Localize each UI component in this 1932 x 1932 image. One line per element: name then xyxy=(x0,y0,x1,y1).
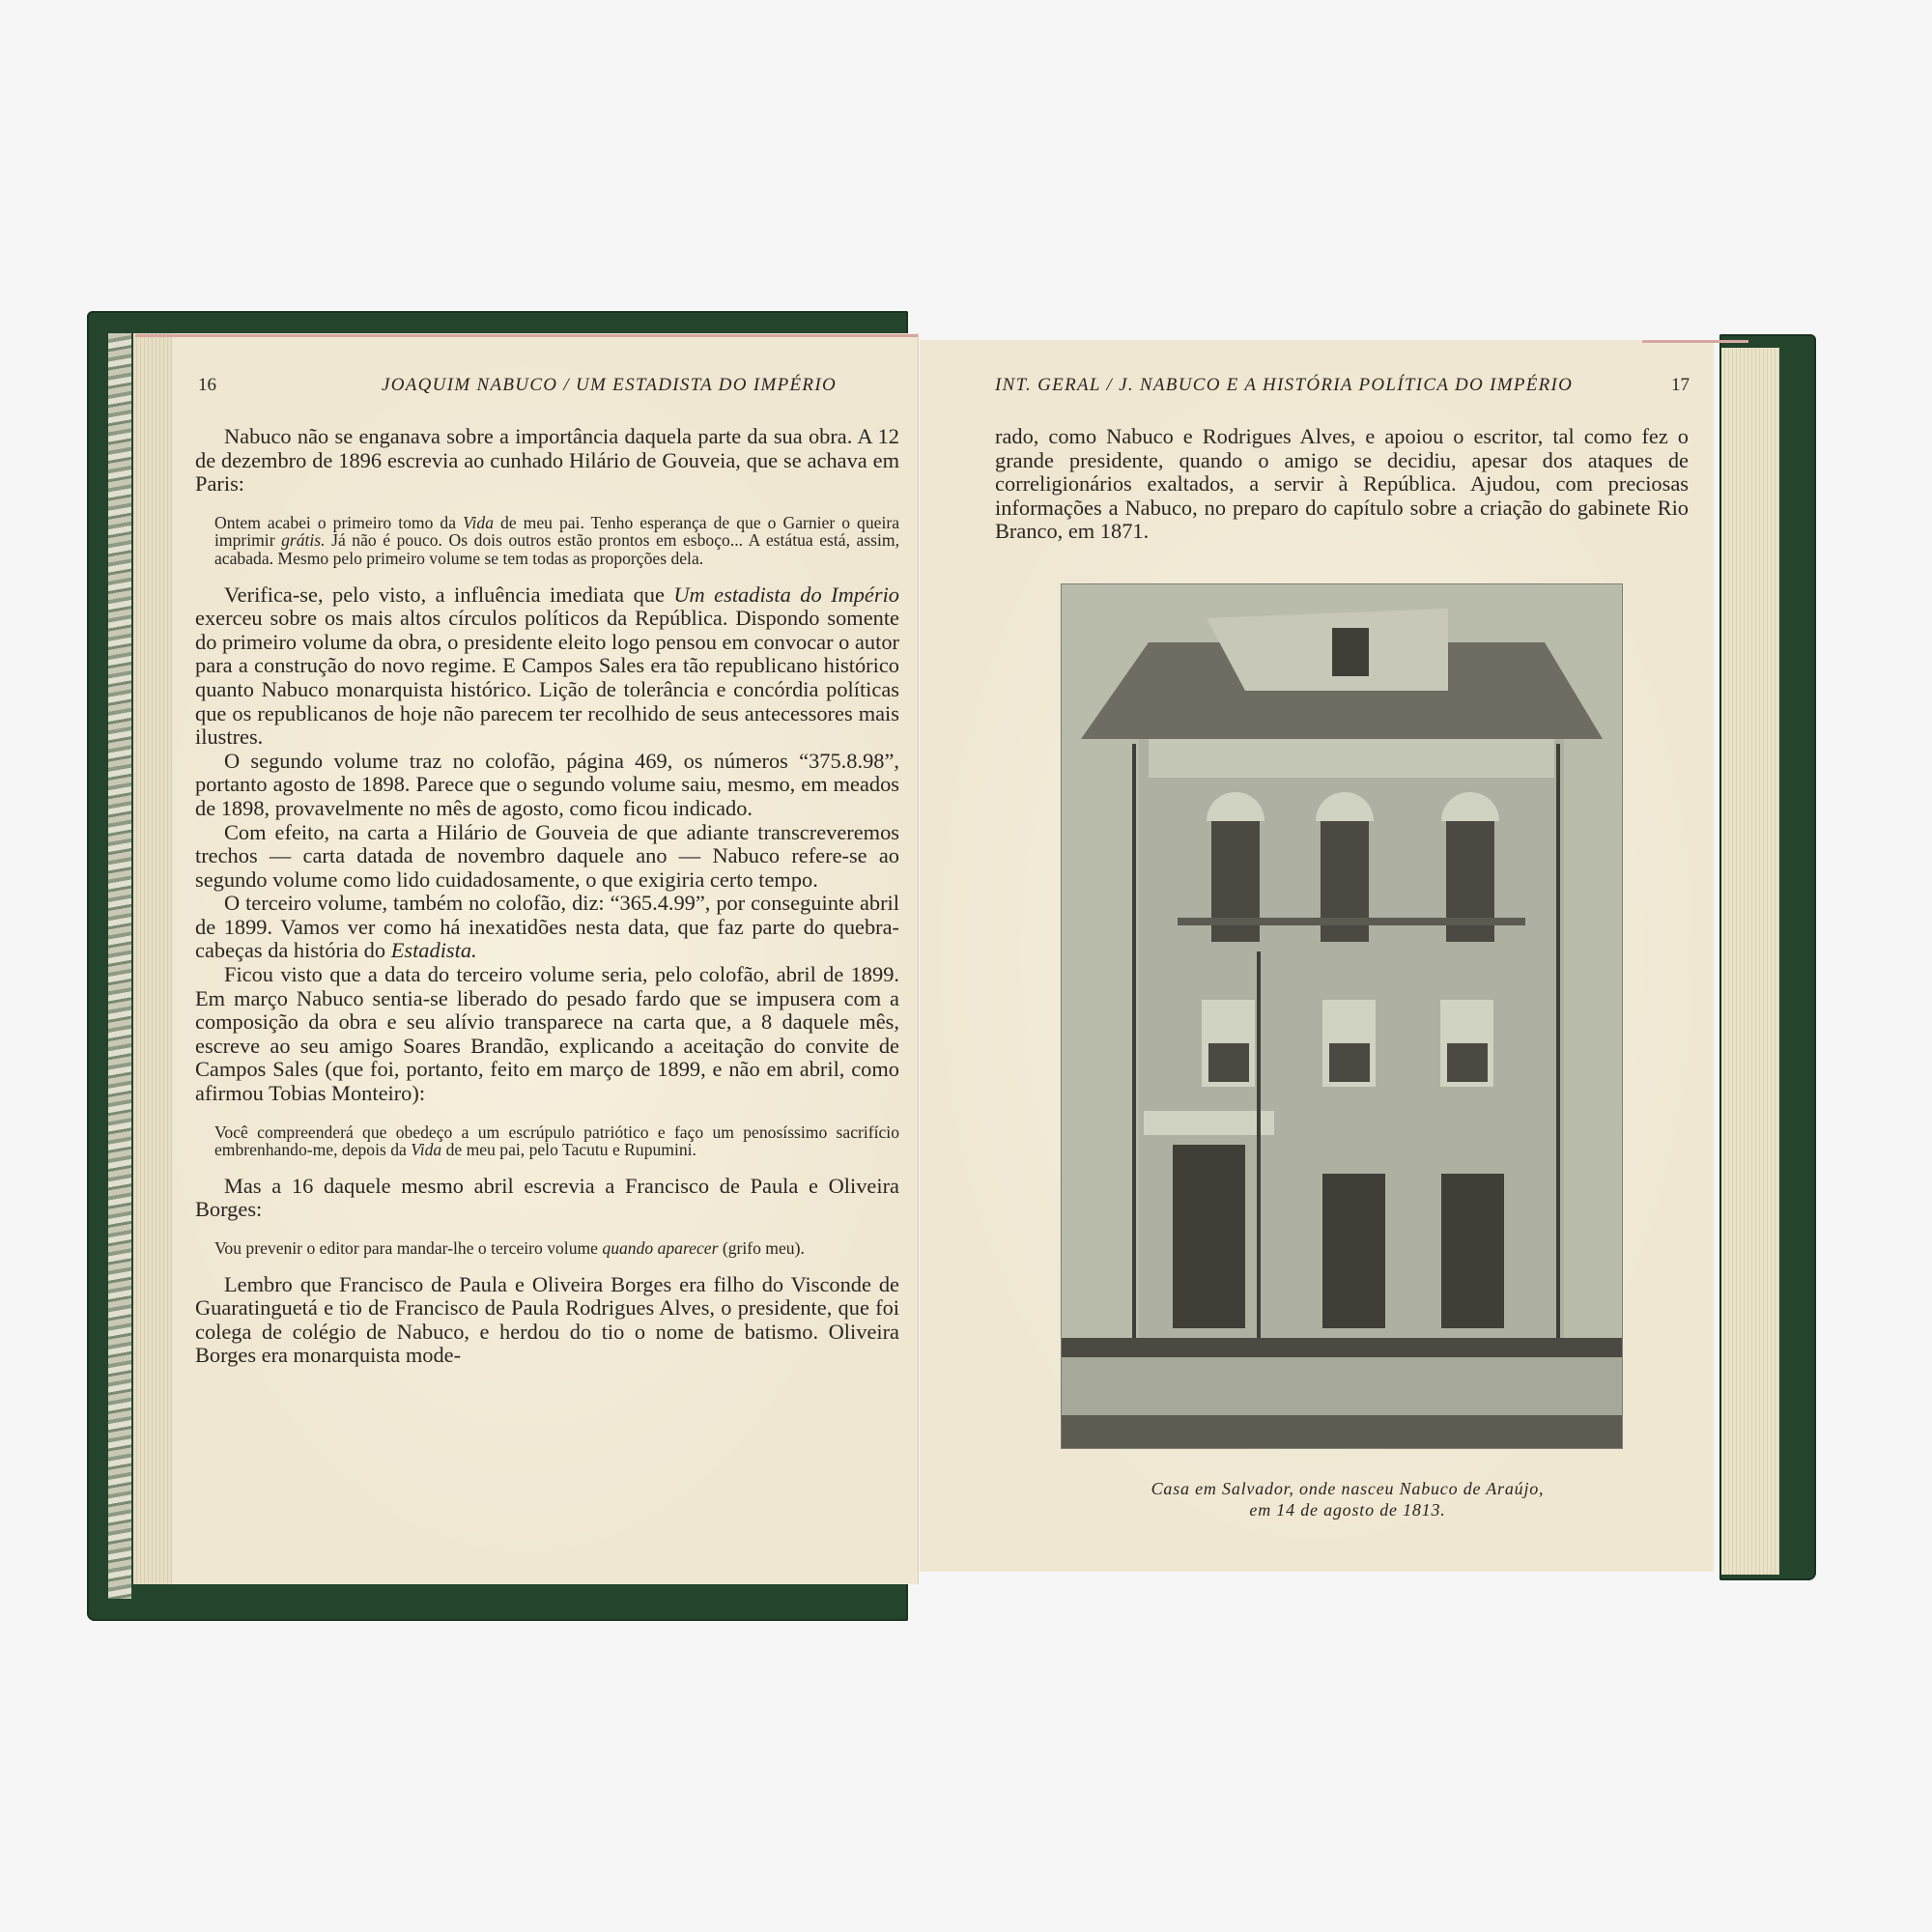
house-photograph xyxy=(1061,583,1623,1449)
paragraph: Mas a 16 daquele mesmo abril escrevia a … xyxy=(195,1175,899,1222)
page-number-right: 17 xyxy=(1671,375,1690,396)
block-quote: Vou prevenir o editor para mandar-lhe o … xyxy=(195,1239,899,1258)
photo-caption: Casa em Salvador, onde nasceu Nabuco de … xyxy=(1063,1478,1633,1520)
left-page-body: Nabuco não se enganava sobre a importânc… xyxy=(195,425,899,1368)
left-page-edges xyxy=(133,333,172,1584)
top-edge-stain xyxy=(135,334,918,337)
paragraph: Lembro que Francisco de Paula e Oliveira… xyxy=(195,1273,899,1368)
page-block-edge xyxy=(1721,348,1779,1575)
block-quote: Ontem acabei o primeiro tomo da Vida de … xyxy=(195,514,899,568)
marbled-endpaper xyxy=(108,333,131,1599)
paragraph: Nabuco não se enganava sobre a importânc… xyxy=(195,425,899,497)
block-quote: Você compreenderá que obedeço a um escrú… xyxy=(195,1123,899,1159)
paragraph: rado, como Nabuco e Rodrigues Alves, e a… xyxy=(995,425,1689,544)
running-head-left: JOAQUIM NABUCO / UM ESTADISTA DO IMPÉRIO xyxy=(382,375,837,396)
page-number-left: 16 xyxy=(198,375,216,396)
paragraph: Verifica-se, pelo visto, a influência im… xyxy=(195,583,899,750)
paragraph: O segundo volume traz no colofão, página… xyxy=(195,750,899,821)
house-illustration-icon xyxy=(1062,584,1622,1448)
top-edge-stain-right xyxy=(1642,340,1748,343)
caption-line: em 14 de agosto de 1813. xyxy=(1063,1499,1633,1520)
running-head-right: INT. GERAL / J. NABUCO E A HISTÓRIA POLÍ… xyxy=(995,375,1573,396)
right-page-body: rado, como Nabuco e Rodrigues Alves, e a… xyxy=(995,425,1689,544)
paragraph: O terceiro volume, também no colofão, di… xyxy=(195,892,899,963)
caption-line: Casa em Salvador, onde nasceu Nabuco de … xyxy=(1063,1478,1633,1499)
paragraph: Ficou visto que a data do terceiro volum… xyxy=(195,963,899,1106)
paragraph: Com efeito, na carta a Hilário de Gouvei… xyxy=(195,821,899,893)
